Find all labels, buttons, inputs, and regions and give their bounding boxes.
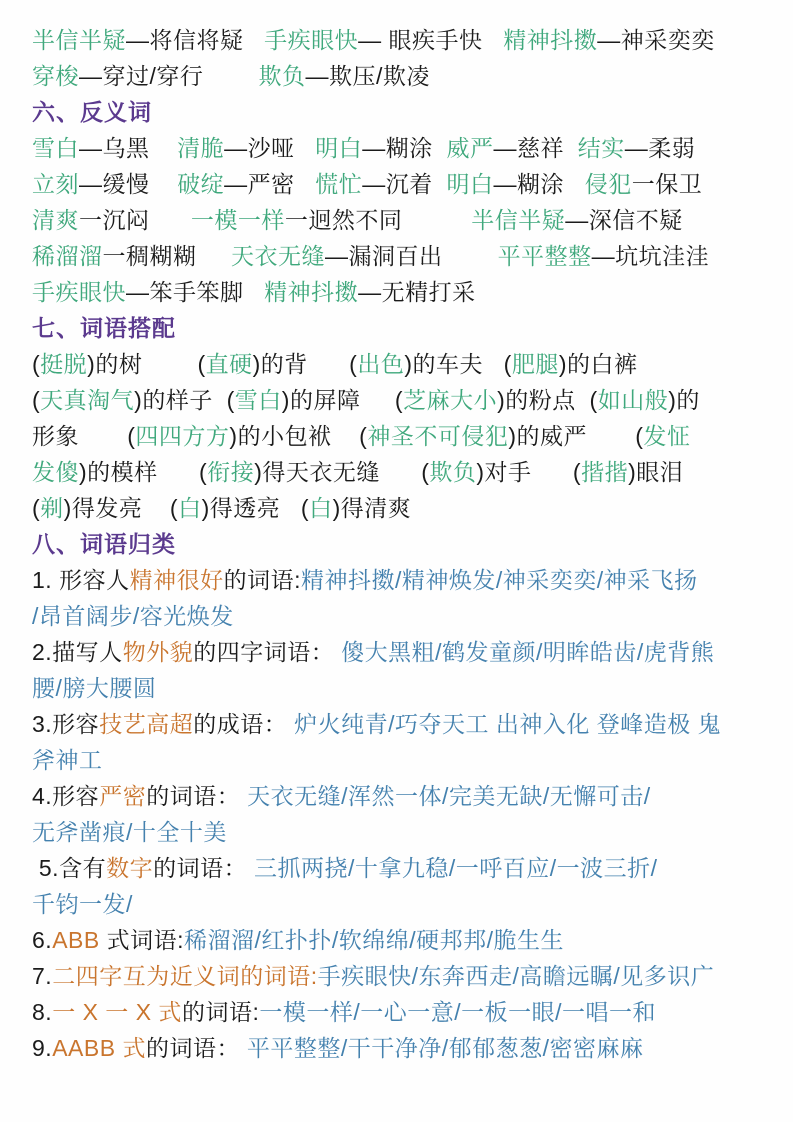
text-segment: )的车夫 [404, 351, 483, 377]
text-segment: 明白 [315, 135, 362, 161]
text-segment: 无斧凿痕/十全十美 [32, 819, 227, 845]
text-segment: 的词语： [146, 783, 247, 809]
text-segment: 八、词语归类 [32, 531, 176, 557]
text-segment: 芝麻大小 [403, 387, 497, 413]
antonym-line-2: 立刻—缓慢 破绽—严密 慌忙—沉着 明白—糊涂 侵犯一保卫 [32, 166, 765, 202]
text-segment: —无精打采 [358, 279, 476, 305]
text-segment: —乌黑 [79, 135, 150, 161]
category-line-3a: 3.形容技艺高超的成语： 炉火纯青/巧夺天工 出神入化 登峰造极 鬼 [32, 706, 765, 742]
text-segment: )的屏障 [282, 387, 361, 413]
text-segment: 精神抖擞 [503, 27, 597, 53]
synonym-line-2: 穿梭—穿过/穿行 欺负—欺压/欺凌 [32, 58, 765, 94]
text-segment: )对手 [476, 459, 531, 485]
text-segment: )的样子 [134, 387, 213, 413]
text-segment [244, 279, 265, 305]
section-header-antonyms: 六、反义词 [32, 94, 765, 130]
text-segment: —欺压/欺凌 [306, 63, 430, 89]
text-segment [79, 423, 127, 449]
section-header-categories: 八、词语归类 [32, 526, 765, 562]
text-segment: 天真淘气 [40, 387, 134, 413]
text-segment: —漏洞百出 [325, 243, 443, 269]
text-segment: 三抓两挠/十拿九稳/一呼百应/一波三折/ [254, 855, 658, 881]
category-line-9: 9.AABB 式的词语： 平平整整/干干净净/郁郁葱葱/密密麻麻 [32, 1030, 765, 1066]
text-segment: ( [32, 351, 40, 377]
category-line-8: 8.一 X 一 X 式的词语:一模一样/一心一意/一板一眼/一唱一和 [32, 994, 765, 1030]
text-segment [213, 387, 227, 413]
text-segment [433, 171, 447, 197]
text-segment: 如山般 [598, 387, 669, 413]
text-segment: 精神很好 [130, 567, 224, 593]
text-segment: 清爽 [32, 207, 79, 233]
text-segment: 肥腿 [512, 351, 559, 377]
text-segment: )得清爽 [333, 495, 412, 521]
text-segment: )的 [668, 387, 700, 413]
collocation-line-4: 发傻)的模样 (衔接)得天衣无缝 (欺负)对手 (揩揩)眼泪 [32, 454, 765, 490]
text-segment: 剃 [40, 495, 64, 521]
collocation-line-3: 形象 (四四方方)的小包袱 (神圣不可侵犯)的威严 (发怔 [32, 418, 765, 454]
text-segment: 一模一样 [191, 207, 285, 233]
text-segment: —慈祥 [494, 135, 565, 161]
text-segment: 一沉闷 [79, 207, 150, 233]
text-segment: ( [32, 495, 40, 521]
text-segment [158, 459, 199, 485]
text-segment: 的词语: [224, 567, 301, 593]
text-segment: —严密 [224, 171, 295, 197]
text-segment [150, 135, 178, 161]
text-segment: —笨手笨脚 [126, 279, 244, 305]
collocation-line-2: (天真淘气)的样子 (雪白)的屏障 (芝麻大小)的粉点 (如山般)的 [32, 382, 765, 418]
text-segment: 数字 [106, 855, 153, 881]
text-segment: 六、反义词 [32, 99, 152, 125]
text-segment: 6. [32, 927, 52, 953]
text-segment [308, 351, 349, 377]
text-segment [483, 27, 504, 53]
text-segment: 斧神工 [32, 747, 103, 773]
worksheet-lines: 半信半疑—将信将疑 手疾眼快— 眼疾手快 精神抖擞—神采奕奕穿梭—穿过/穿行 欺… [32, 22, 765, 1066]
text-segment: 四四方方 [135, 423, 229, 449]
text-segment: 物外貌 [123, 639, 194, 665]
category-line-3b: 斧神工 [32, 742, 765, 778]
text-segment: 稀溜溜/红扑扑/软绵绵/硬邦邦/脆生生 [184, 927, 564, 953]
text-segment: 发怔 [643, 423, 690, 449]
text-segment: 稀溜溜 [32, 243, 103, 269]
category-line-6: 6.ABB 式词语:稀溜溜/红扑扑/软绵绵/硬邦邦/脆生生 [32, 922, 765, 958]
text-segment: ( [227, 387, 235, 413]
text-segment: 半信半疑 [471, 207, 565, 233]
text-segment: )的白裤 [559, 351, 638, 377]
text-segment: )的小包袱 [229, 423, 331, 449]
synonym-line-1: 半信半疑—将信将疑 手疾眼快— 眼疾手快 精神抖擞—神采奕奕 [32, 22, 765, 58]
text-segment: —糊涂 [362, 135, 433, 161]
antonym-line-1: 雪白—乌黑 清脆—沙哑 明白—糊涂 威严—慈祥 结实—柔弱 [32, 130, 765, 166]
category-line-1b: /昂首阔步/容光焕发 [32, 598, 765, 634]
text-segment: 挺脱 [40, 351, 87, 377]
text-segment [587, 423, 635, 449]
text-segment: 立刻 [32, 171, 79, 197]
text-segment: )的树 [87, 351, 142, 377]
text-segment: ( [504, 351, 512, 377]
text-segment: —糊涂 [494, 171, 565, 197]
text-segment: ( [170, 495, 178, 521]
text-segment: ( [301, 495, 309, 521]
text-segment: 神圣不可侵犯 [367, 423, 508, 449]
text-segment: )得透亮 [202, 495, 281, 521]
text-segment: 一 X 一 X 式 [52, 999, 182, 1025]
category-line-5a: 5.含有数字的词语： 三抓两挠/十拿九稳/一呼百应/一波三折/ [32, 850, 765, 886]
text-segment: 结实 [578, 135, 625, 161]
text-segment: ( [395, 387, 403, 413]
text-segment: 形象 [32, 423, 79, 449]
text-segment: 欺负 [259, 63, 306, 89]
text-segment: ( [32, 387, 40, 413]
text-segment: —坑坑洼洼 [592, 243, 710, 269]
category-line-2b: 腰/膀大腰圆 [32, 670, 765, 706]
text-segment [244, 27, 265, 53]
text-segment [564, 171, 585, 197]
antonym-line-5: 手疾眼快—笨手笨脚 精神抖擞—无精打采 [32, 274, 765, 310]
text-segment: AABB 式 [52, 1035, 146, 1061]
text-segment: 白 [178, 495, 202, 521]
text-segment: 2.描写人 [32, 639, 123, 665]
text-segment [442, 243, 497, 269]
text-segment: —沙哑 [224, 135, 295, 161]
collocation-line-1: (挺脱)的树 (直硬)的背 (出色)的车夫 (肥腿)的白裤 [32, 346, 765, 382]
text-segment: 的词语: [182, 999, 259, 1025]
text-segment: 严密 [99, 783, 146, 809]
text-segment: 8. [32, 999, 52, 1025]
text-segment: 精神抖擞 [264, 279, 358, 305]
text-segment: 七、词语搭配 [32, 315, 176, 341]
text-segment: —缓慢 [79, 171, 150, 197]
text-segment: 7. [32, 963, 52, 989]
text-segment: 式词语: [100, 927, 184, 953]
text-segment: )眼泪 [628, 459, 683, 485]
text-segment: )的粉点 [497, 387, 576, 413]
text-segment [564, 135, 578, 161]
text-segment: 1. 形容人 [32, 567, 130, 593]
text-segment: 慌忙 [315, 171, 362, 197]
text-segment: 千钧一发/ [32, 891, 133, 917]
text-segment: —穿过/穿行 [79, 63, 203, 89]
text-segment [332, 423, 360, 449]
collocation-line-5: (剃)得发亮 (白)得透亮 (白)得清爽 [32, 490, 765, 526]
text-segment: 一稠糊糊 [103, 243, 197, 269]
text-segment [576, 387, 590, 413]
category-line-4b: 无斧凿痕/十全十美 [32, 814, 765, 850]
text-segment: 4.形容 [32, 783, 99, 809]
text-segment [360, 387, 394, 413]
text-segment: 炉火纯青/巧夺天工 出神入化 登峰造极 鬼 [294, 711, 721, 737]
text-segment: 威严 [447, 135, 494, 161]
text-segment: 9. [32, 1035, 52, 1061]
category-line-4a: 4.形容严密的词语： 天衣无缝/浑然一体/完美无缺/无懈可击/ [32, 778, 765, 814]
text-segment [483, 351, 504, 377]
text-segment: 天衣无缝 [231, 243, 325, 269]
text-segment: 明白 [447, 171, 494, 197]
text-segment: 腰/膀大腰圆 [32, 675, 156, 701]
text-segment: 平平整整/干干净净/郁郁葱葱/密密麻麻 [247, 1035, 644, 1061]
category-line-7: 7.二四字互为近义词的词语:手疾眼快/东奔西走/高瞻远瞩/见多识广 [32, 958, 765, 994]
text-segment [295, 171, 316, 197]
text-segment [142, 351, 197, 377]
text-segment: ( [590, 387, 598, 413]
text-segment: )得天衣无缝 [254, 459, 380, 485]
text-segment [142, 495, 170, 521]
text-segment: )得发亮 [64, 495, 143, 521]
text-segment: 手疾眼快/东奔西走/高瞻远瞩/见多识广 [318, 963, 715, 989]
section-header-collocations: 七、词语搭配 [32, 310, 765, 346]
text-segment: /昂首阔步/容光焕发 [32, 603, 234, 629]
text-segment: 出色 [357, 351, 404, 377]
text-segment: 5.含有 [32, 855, 106, 881]
text-segment: —沉着 [362, 171, 433, 197]
text-segment: 白 [309, 495, 333, 521]
text-segment [532, 459, 573, 485]
text-segment: 傻大黑粗/鹤发童颜/明眸皓齿/虎背熊 [341, 639, 714, 665]
text-segment: —柔弱 [625, 135, 696, 161]
text-segment: 一模一样/一心一意/一板一眼/一唱一和 [259, 999, 656, 1025]
text-segment [150, 171, 178, 197]
text-segment: 二四字互为近义词的词语: [52, 963, 317, 989]
text-segment [197, 243, 231, 269]
text-segment: )的模样 [79, 459, 158, 485]
text-segment: 发傻 [32, 459, 79, 485]
text-segment: 天衣无缝/浑然一体/完美无缺/无懈可击/ [247, 783, 651, 809]
text-segment: 的词语： [153, 855, 254, 881]
text-segment: ( [199, 459, 207, 485]
text-segment: 雪白 [32, 135, 79, 161]
text-segment: 的四字词语： [193, 639, 341, 665]
text-segment: 清脆 [177, 135, 224, 161]
category-line-1a: 1. 形容人精神很好的词语:精神抖擞/精神焕发/神采奕奕/神采飞扬 [32, 562, 765, 598]
text-segment: 衔接 [207, 459, 254, 485]
text-segment [280, 495, 301, 521]
text-segment: — 眼疾手快 [358, 27, 482, 53]
text-segment: 雪白 [235, 387, 282, 413]
text-segment: ( [573, 459, 581, 485]
text-segment: ABB [52, 927, 100, 953]
text-segment: —将信将疑 [126, 27, 244, 53]
text-segment: 一迥然不同 [285, 207, 403, 233]
text-segment: 3.形容 [32, 711, 99, 737]
text-segment [150, 207, 191, 233]
text-segment: —深信不疑 [565, 207, 683, 233]
antonym-line-3: 清爽一沉闷 一模一样一迥然不同 半信半疑—深信不疑 [32, 202, 765, 238]
text-segment [203, 63, 258, 89]
text-segment [402, 207, 471, 233]
text-segment [380, 459, 421, 485]
text-segment: 一保卫 [632, 171, 703, 197]
text-segment: 半信半疑 [32, 27, 126, 53]
text-segment: —神采奕奕 [597, 27, 715, 53]
text-segment: 揩揩 [581, 459, 628, 485]
text-segment: 欺负 [429, 459, 476, 485]
text-segment: 手疾眼快 [264, 27, 358, 53]
text-segment: 精神抖擞/精神焕发/神采奕奕/神采飞扬 [301, 567, 698, 593]
text-segment [295, 135, 316, 161]
text-segment: 破绽 [177, 171, 224, 197]
text-segment: )的背 [253, 351, 308, 377]
text-segment: 平平整整 [498, 243, 592, 269]
text-segment: ( [197, 351, 205, 377]
category-line-2a: 2.描写人物外貌的四字词语： 傻大黑粗/鹤发童颜/明眸皓齿/虎背熊 [32, 634, 765, 670]
text-segment: )的威严 [508, 423, 587, 449]
text-segment: 直硬 [206, 351, 253, 377]
text-segment: 手疾眼快 [32, 279, 126, 305]
text-segment [433, 135, 447, 161]
text-segment: 穿梭 [32, 63, 79, 89]
worksheet-page: 半信半疑—将信将疑 手疾眼快— 眼疾手快 精神抖擞—神采奕奕穿梭—穿过/穿行 欺… [0, 0, 793, 1122]
text-segment: 技艺高超 [99, 711, 193, 737]
category-line-5b: 千钧一发/ [32, 886, 765, 922]
text-segment: 侵犯 [585, 171, 632, 197]
antonym-line-4: 稀溜溜一稠糊糊 天衣无缝—漏洞百出 平平整整—坑坑洼洼 [32, 238, 765, 274]
text-segment: 的成语： [193, 711, 294, 737]
text-segment: 的词语： [146, 1035, 247, 1061]
